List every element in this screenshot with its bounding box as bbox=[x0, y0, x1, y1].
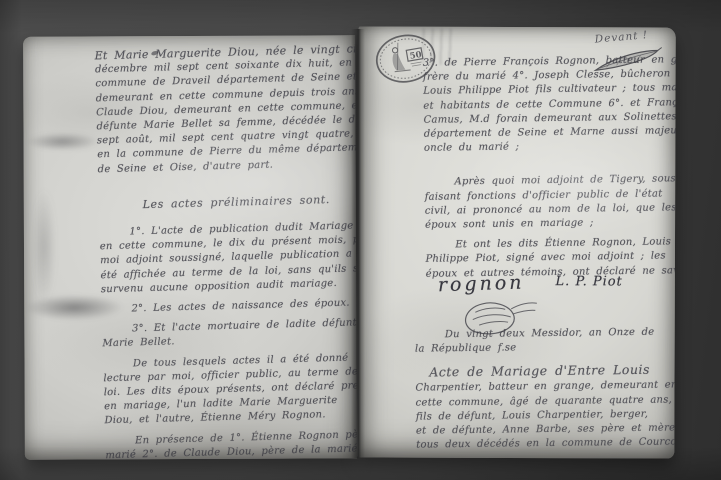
signatures-row: rognon L. P. Piot bbox=[438, 273, 668, 296]
book-gutter bbox=[351, 29, 365, 458]
ink-bleed-mark bbox=[32, 187, 57, 307]
handwritten-line: la République f.se bbox=[415, 340, 665, 357]
left-page-text: Et Marie Marguerite Diou, née le vingt c… bbox=[94, 42, 356, 459]
left-page: Et Marie Marguerite Diou, née le vingt c… bbox=[23, 35, 357, 459]
folio-annotation: Devant ! bbox=[594, 29, 648, 45]
handwritten-line: oncle du marié ; bbox=[424, 139, 664, 157]
adjoint-paraph-scribble bbox=[452, 292, 541, 344]
right-page-text-upper: 3°. de Pierre François Rognon, batteur e… bbox=[423, 53, 666, 281]
signature-rognon: rognon bbox=[438, 272, 525, 297]
handwritten-line: Les actes préliminaires sont. bbox=[143, 192, 353, 212]
signature-piot: L. P. Piot bbox=[556, 274, 623, 289]
handwritten-line: époux sont unis en mariage ; bbox=[425, 215, 665, 233]
ink-bleed-mark bbox=[25, 132, 99, 150]
right-page-text-lower: Du vingt deux Messidor, an Onze dela Rép… bbox=[415, 326, 667, 453]
handwritten-line: 2°. Les actes de naissance des époux. bbox=[101, 296, 355, 317]
right-page: 50 Devant ! 3°. de Pierre François Rogno… bbox=[357, 26, 676, 458]
archival-scan-viewport: Et Marie Marguerite Diou, née le vingt c… bbox=[0, 0, 721, 480]
quill-flourish-drawing bbox=[593, 46, 663, 74]
revenue-stamp-icon: 50 bbox=[368, 26, 443, 91]
handwritten-line: tous deux décédés en la commune de Courc… bbox=[416, 436, 666, 453]
stamp-value: 50 bbox=[409, 50, 422, 62]
